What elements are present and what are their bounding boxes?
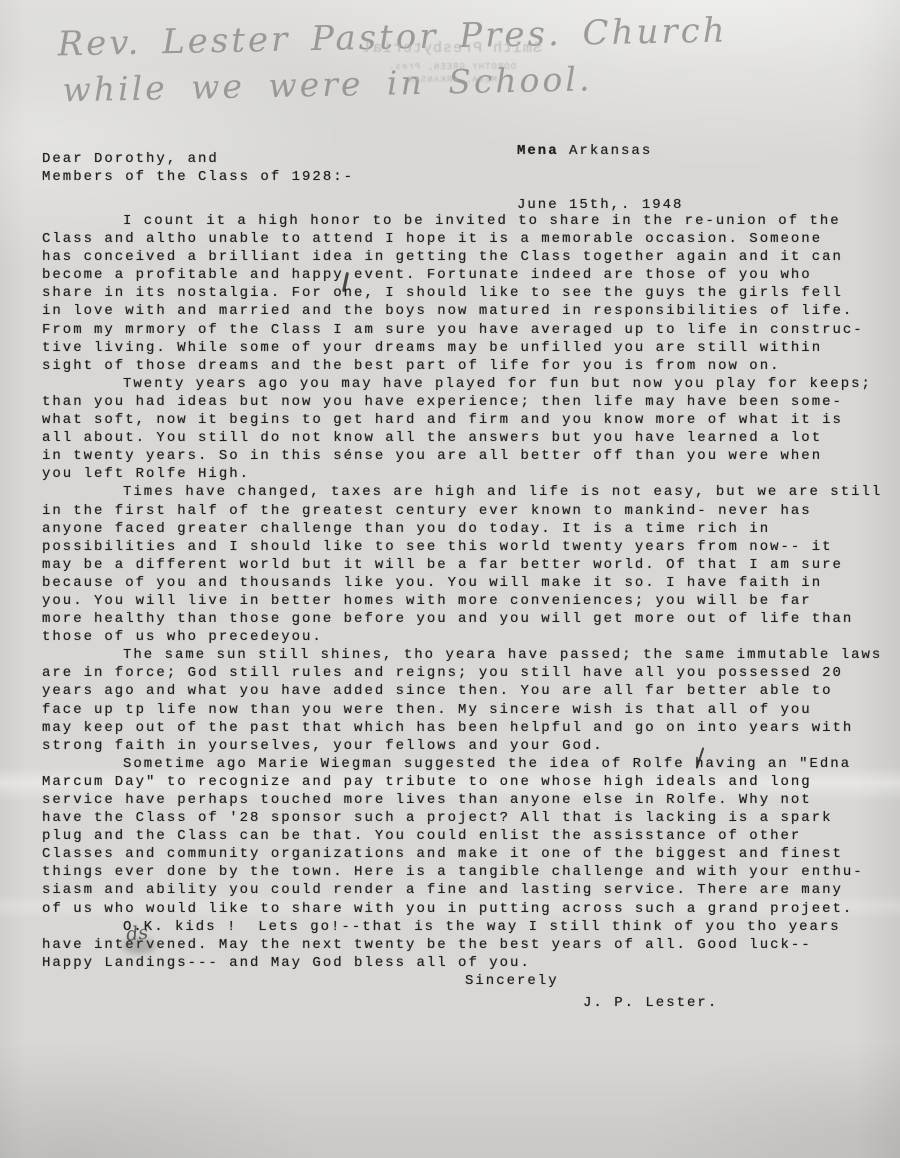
letter-line: face up tp life now than you were then. … bbox=[42, 701, 887, 719]
letter-line: anyone faced greater challenge than you … bbox=[42, 520, 887, 538]
letter-line: Members of the Class of 1928:- bbox=[42, 168, 354, 186]
letter-line: possibilities and I should like to see t… bbox=[42, 538, 887, 556]
letter-line: siasm and ability you could render a fin… bbox=[42, 881, 887, 899]
letter-line: all about. You still do not know all the… bbox=[42, 429, 887, 447]
valediction: Sincerely bbox=[465, 973, 559, 989]
letter-line: Classes and community organizations and … bbox=[42, 845, 887, 863]
letter-line: things ever done by the town. Here is a … bbox=[42, 863, 887, 881]
letter-line: you. You will live in better homes with … bbox=[42, 592, 887, 610]
scanned-letter-page: Rev. Lester Pastor Pres. Church while we… bbox=[0, 0, 900, 1158]
letter-line: strong faith in yourselves, your fellows… bbox=[42, 737, 887, 755]
place-line: Mena Arkansas bbox=[517, 142, 683, 160]
letter-line: more healthy than those gone before you … bbox=[42, 610, 887, 628]
letter-line: in the first half of the greatest centur… bbox=[42, 502, 887, 520]
letter-line: I count it a high honor to be invited to… bbox=[42, 212, 887, 230]
letter-line: has conceived a brilliant idea in gettin… bbox=[42, 248, 887, 266]
letter-line: Dear Dorothy, and bbox=[42, 150, 354, 168]
letter-line: service have perhaps touched more lives … bbox=[42, 791, 887, 809]
letter-line: years ago and what you have added since … bbox=[42, 682, 887, 700]
letter-line: The same sun still shines, tho yeara hav… bbox=[42, 646, 887, 664]
letter-line: tive living. While some of your dreams m… bbox=[42, 339, 887, 357]
letter-line: From my mrmory of the Class I am sure yo… bbox=[42, 321, 887, 339]
letter-line: share in its nostalgia. For one, I shoul… bbox=[42, 284, 887, 302]
letter-line: Times have changed, taxes are high and l… bbox=[42, 483, 887, 501]
letterhead-bleedthrough: Smith Presbyterial DOROTHY GREEN, Pres. … bbox=[322, 40, 582, 85]
handwritten-annotation: Rev. Lester Pastor Pres. Church while we… bbox=[57, 12, 679, 110]
letter-line: of us who would like to share with you i… bbox=[42, 900, 887, 918]
letter-line: sight of those dreams and the best part … bbox=[42, 357, 887, 375]
letter-line: Marcum Day" to recognize and pay tribute… bbox=[42, 773, 887, 791]
bleedthrough-city: MENA, ARKANSAS bbox=[322, 75, 582, 85]
letter-line: Class and altho unable to attend I hope … bbox=[42, 230, 887, 248]
bleedthrough-president: DOROTHY GREEN, Pres. bbox=[322, 62, 582, 72]
letter-body: I count it a high honor to be invited to… bbox=[42, 212, 887, 972]
place-state: Arkansas bbox=[559, 143, 653, 159]
letter-line: in love with and married and the boys no… bbox=[42, 302, 887, 320]
letter-line: become a profitable and happy event. For… bbox=[42, 266, 887, 284]
signature: J. P. Lester. bbox=[583, 995, 718, 1011]
letter-line: may be a different world but it will be … bbox=[42, 556, 887, 574]
bleedthrough-org-name: Smith Presbyterial bbox=[322, 40, 582, 57]
salutation: Dear Dorothy, andMembers of the Class of… bbox=[42, 150, 354, 186]
letter-line: plug and the Class can be that. You coul… bbox=[42, 827, 887, 845]
letter-line: Sometime ago Marie Wiegman suggested the… bbox=[42, 755, 887, 773]
handwritten-line-1: Rev. Lester Pastor Pres. Church bbox=[57, 12, 678, 65]
letter-line: are in force; God still rules and reigns… bbox=[42, 664, 887, 682]
letter-line: you left Rolfe High. bbox=[42, 465, 887, 483]
place-city: Mena bbox=[517, 143, 559, 159]
letter-line: have intervened. May the next twenty be … bbox=[42, 936, 887, 954]
letter-line: O.K. kids ! Lets go!--that is the way I … bbox=[42, 918, 887, 936]
letter-line: in twenty years. So in this sénse you ar… bbox=[42, 447, 887, 465]
letter-line: Twenty years ago you may have played for… bbox=[42, 375, 887, 393]
letter-line: those of us who precedeyou. bbox=[42, 628, 887, 646]
letter-line: than you had ideas but now you have expe… bbox=[42, 393, 887, 411]
handwritten-line-2: while we were in School. bbox=[62, 58, 679, 110]
letter-line: what soft, now it begins to get hard and… bbox=[42, 411, 887, 429]
letter-line: because of you and thousands like you. Y… bbox=[42, 574, 887, 592]
letter-line: have the Class of '28 sponsor such a pro… bbox=[42, 809, 887, 827]
letter-line: Happy Landings--- and May God bless all … bbox=[42, 954, 887, 972]
letter-line: may keep out of the past that which has … bbox=[42, 719, 887, 737]
